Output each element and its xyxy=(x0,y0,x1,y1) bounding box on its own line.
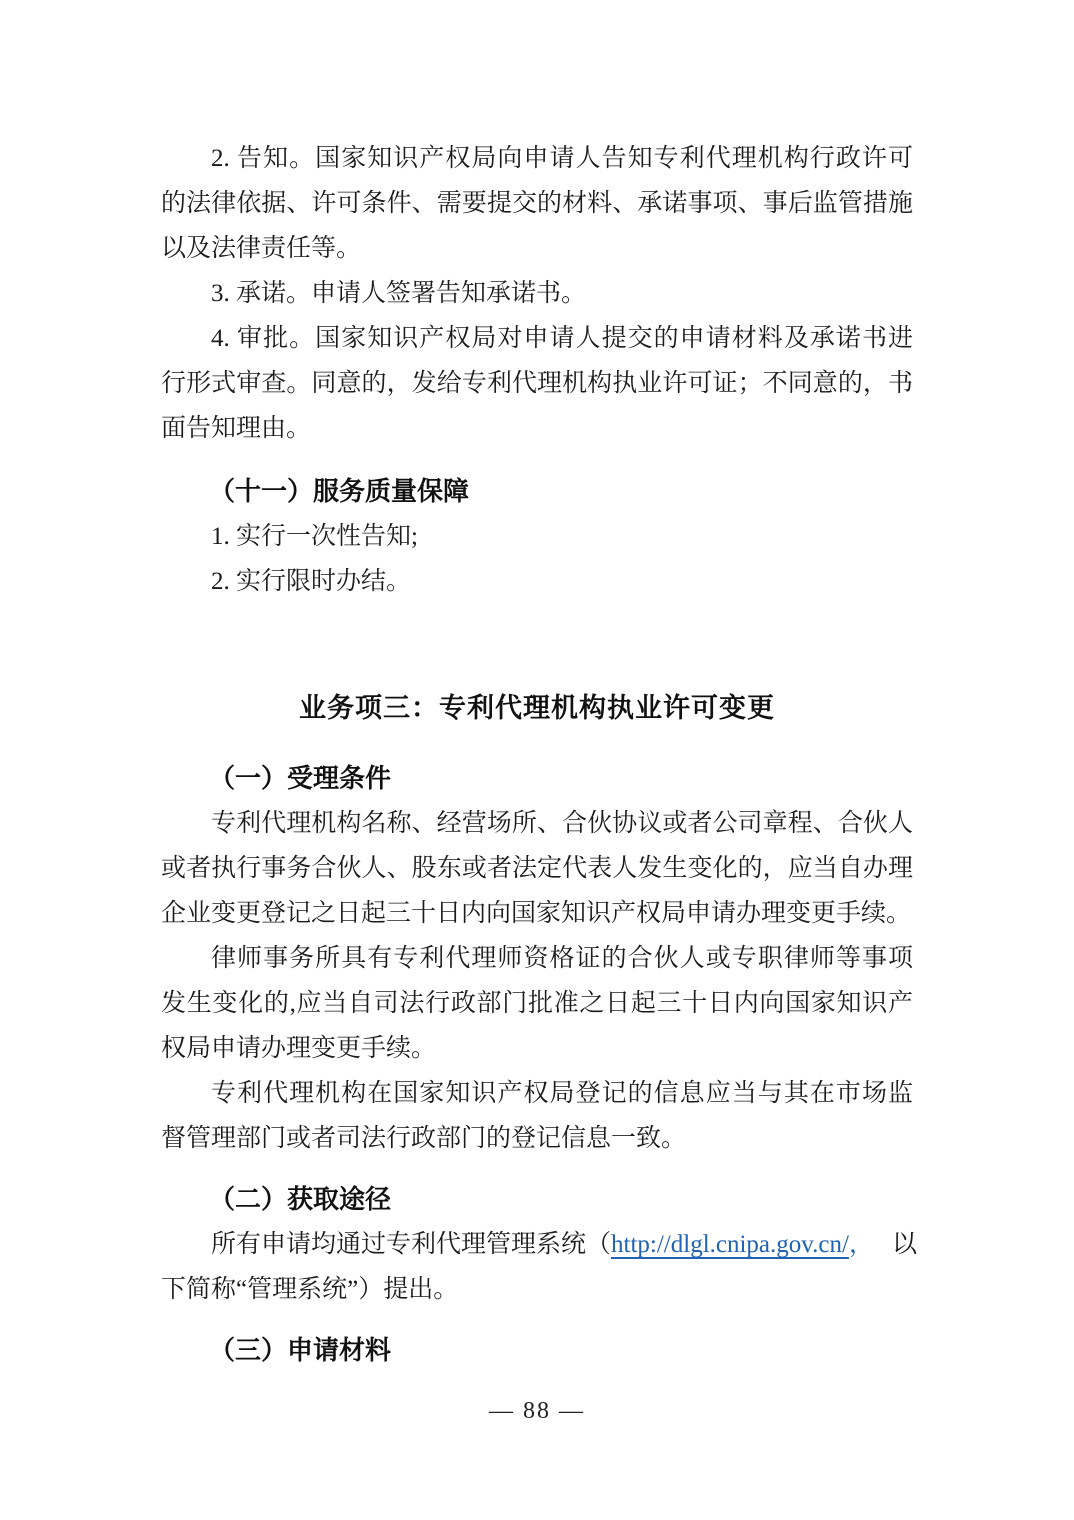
paragraph-approve-line: 4. 审批。国家知识产权局对申请人提交的申请材料及承诺书进 xyxy=(161,316,913,361)
document-page: 2. 告知。国家知识产权局向申请人告知专利代理机构行政许可 的法律依据、许可条件… xyxy=(161,0,913,1434)
heading-application-materials: （三）申请材料 xyxy=(161,1328,913,1373)
heading-service-quality: （十一）服务质量保障 xyxy=(161,469,913,514)
heading-obtain-channel: （二）获取途径 xyxy=(161,1177,913,1222)
paragraph-info-consistent-line: 督管理部门或者司法行政部门的登记信息一致。 xyxy=(161,1116,913,1161)
paragraph-notify-line: 的法律依据、许可条件、需要提交的材料、承诺事项、事后监管措施 xyxy=(161,181,913,226)
page-number: — 88 — xyxy=(161,1389,913,1434)
paragraph-apply-line1: 所有申请均通过专利代理管理系统（http://dlgl.cnipa.gov.cn… xyxy=(161,1222,913,1267)
paragraph-commit: 3. 承诺。申请人签署告知承诺书。 xyxy=(161,271,913,316)
paragraph-notify-line: 2. 告知。国家知识产权局向申请人告知专利代理机构行政许可 xyxy=(161,136,913,181)
apply-tail-text: 以 xyxy=(892,1231,917,1258)
section-title-business-item-three: 业务项三：专利代理机构执业许可变更 xyxy=(161,684,913,732)
apply-prefix-text: 所有申请均通过专利代理管理系统（ xyxy=(211,1231,611,1258)
paragraph-approve-line: 面告知理由。 xyxy=(161,406,913,451)
list-item-time-limit: 2. 实行限时办结。 xyxy=(161,559,913,604)
paragraph-info-consistent-line: 专利代理机构在国家知识产权局登记的信息应当与其在市场监 xyxy=(161,1071,913,1116)
apply-comma-text: ， xyxy=(849,1231,874,1258)
paragraph-change-lawfirm-line: 发生变化的,应当自司法行政部门批准之日起三十日内向国家知识产 xyxy=(161,981,913,1026)
management-system-link[interactable]: http://dlgl.cnipa.gov.cn/ xyxy=(611,1231,849,1258)
paragraph-change-company-line: 专利代理机构名称、经营场所、合伙协议或者公司章程、合伙人 xyxy=(161,801,913,846)
paragraph-change-lawfirm-line: 律师事务所具有专利代理师资格证的合伙人或专职律师等事项 xyxy=(161,936,913,981)
heading-acceptance-conditions: （一）受理条件 xyxy=(161,756,913,801)
paragraph-change-company-line: 或者执行事务合伙人、股东或者法定代表人发生变化的，应当自办理 xyxy=(161,846,913,891)
paragraph-apply-line2: 下简称“管理系统”）提出。 xyxy=(161,1267,913,1312)
paragraph-change-lawfirm-line: 权局申请办理变更手续。 xyxy=(161,1026,913,1071)
paragraph-approve-line: 行形式审查。同意的，发给专利代理机构执业许可证；不同意的，书 xyxy=(161,361,913,406)
paragraph-notify-line: 以及法律责任等。 xyxy=(161,226,913,271)
list-item-once-notify: 1. 实行一次性告知; xyxy=(161,514,913,559)
paragraph-change-company-line: 企业变更登记之日起三十日内向国家知识产权局申请办理变更手续。 xyxy=(161,891,913,936)
